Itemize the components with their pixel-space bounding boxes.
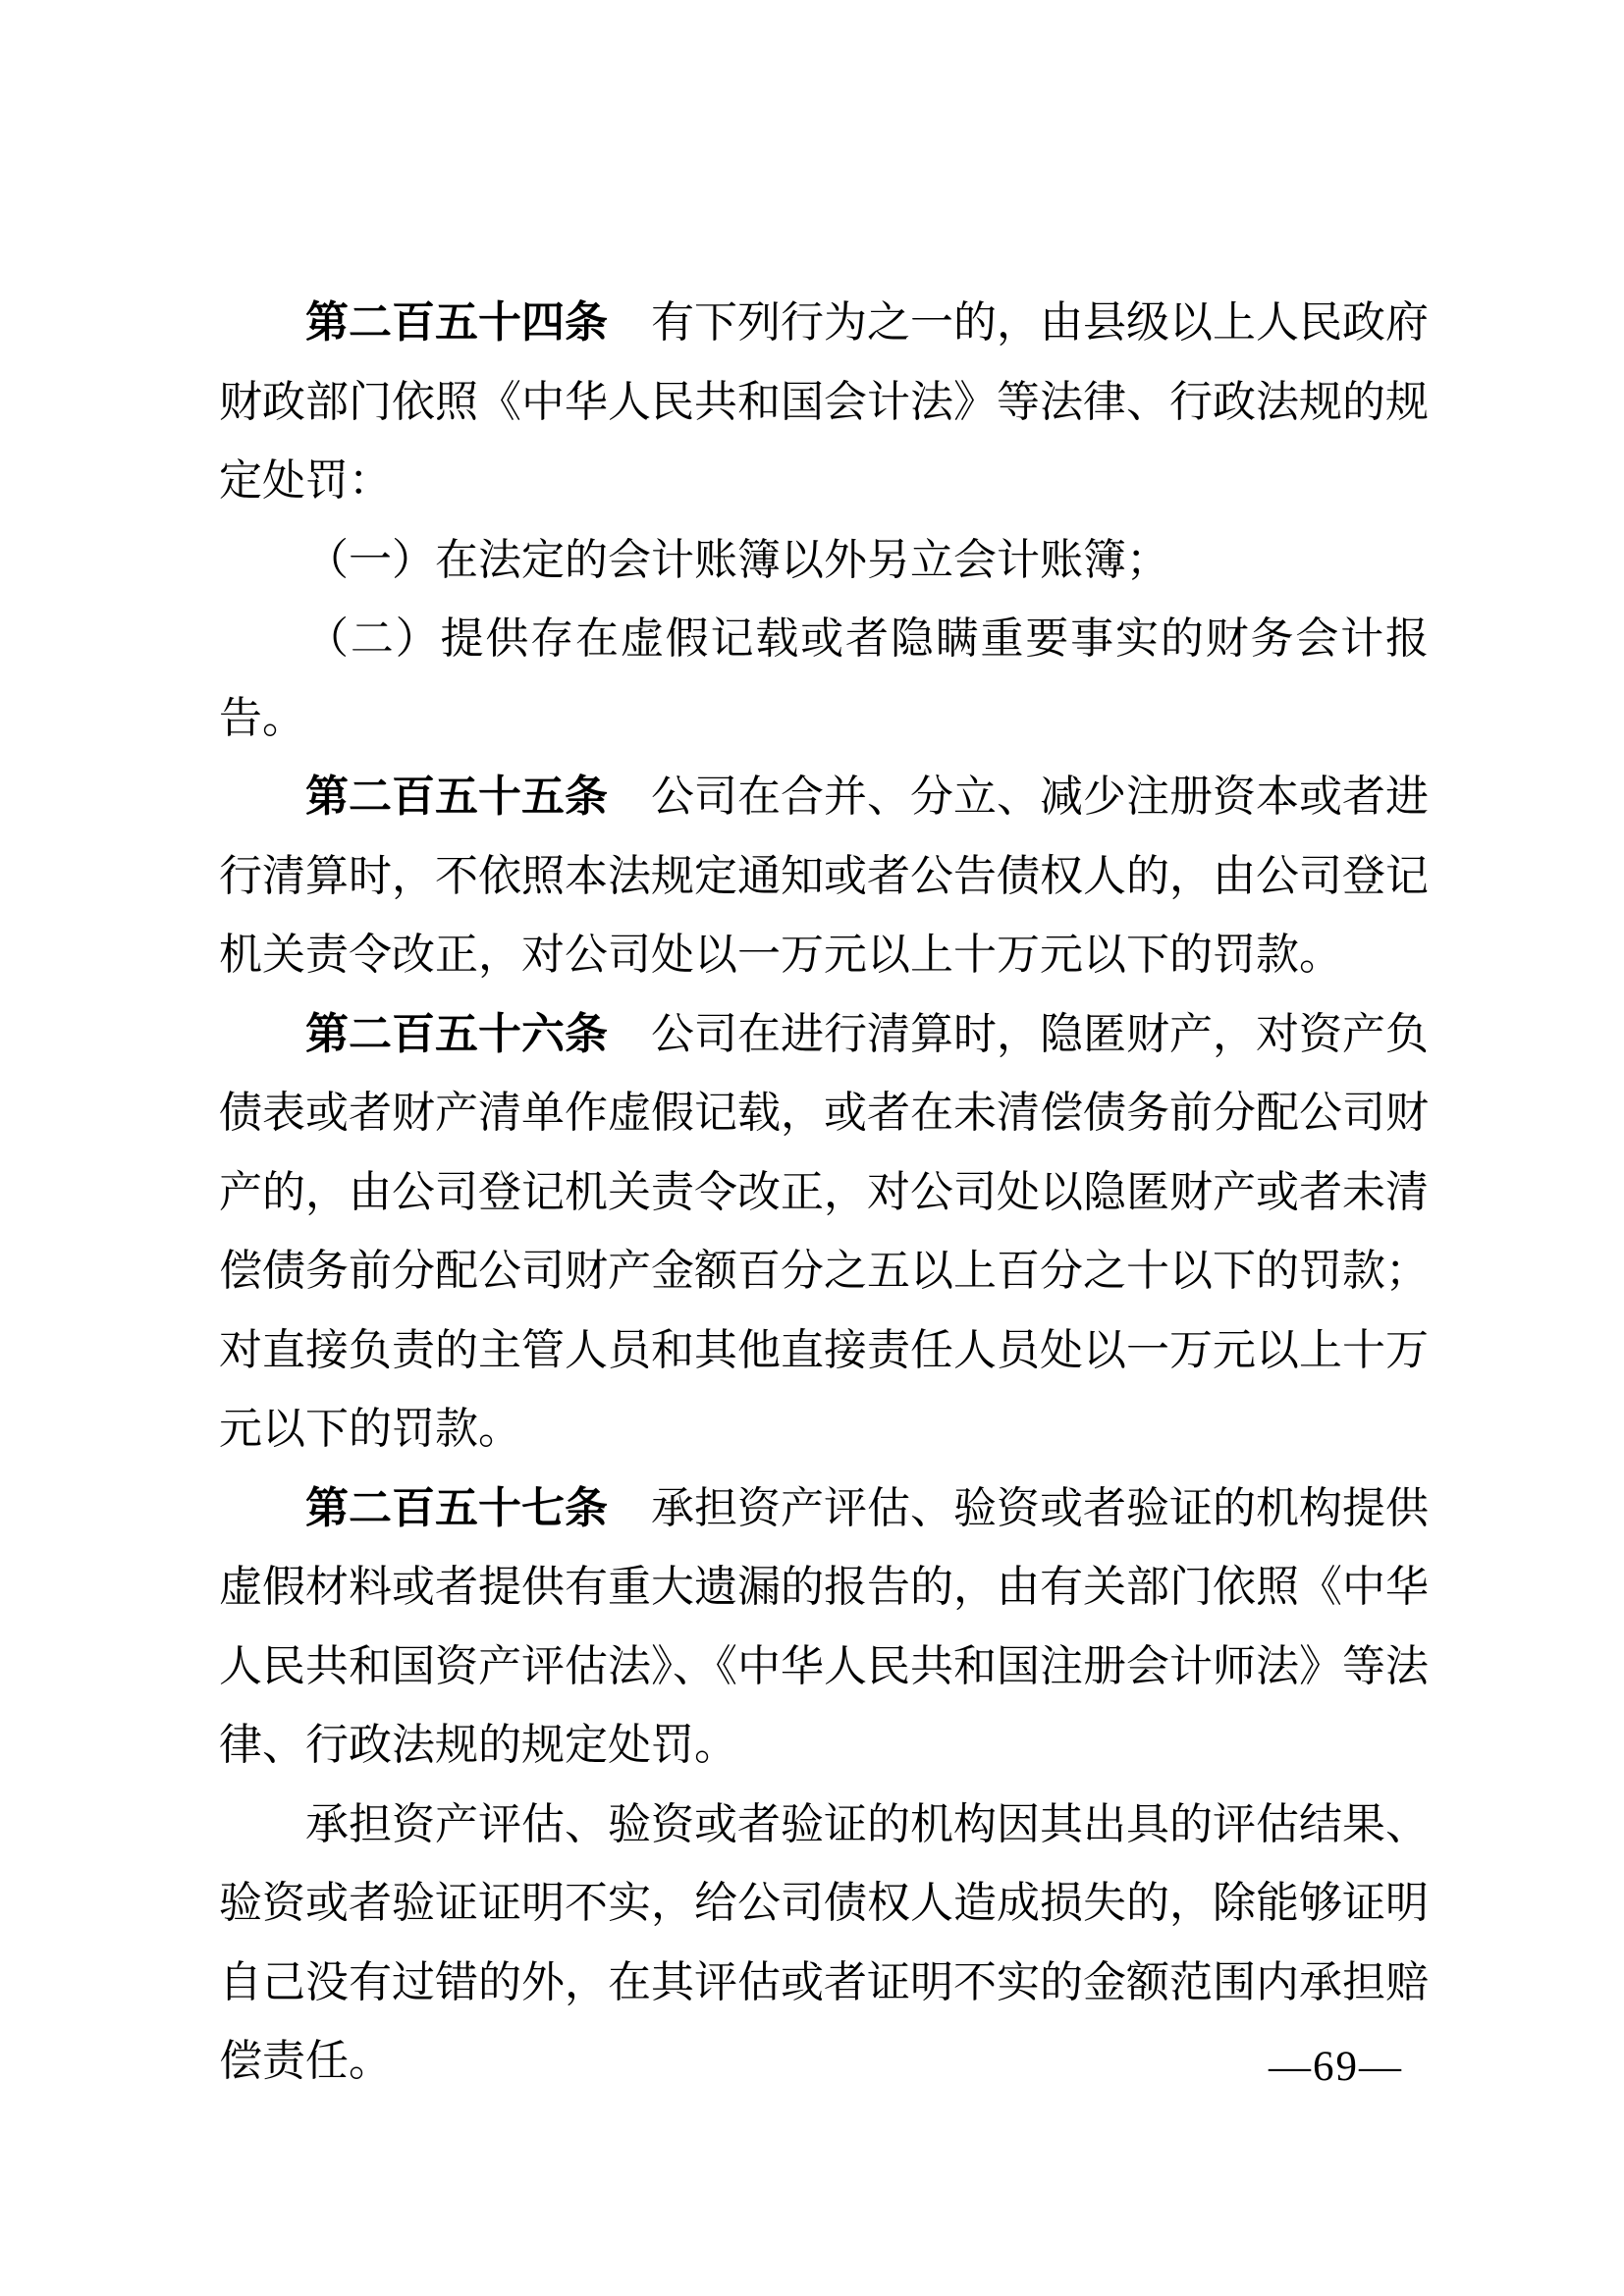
paragraph-item-1: （一）在法定的会计账簿以外另立会计账簿；: [219, 521, 1429, 601]
paragraph-article-255: 第二百五十五条公司在合并、分立、减少注册资本或者进行清算时，不依照本法规定通知或…: [219, 758, 1429, 995]
item-2-text: （二）提供存在虚假记载或者隐瞒重要事实的财务会计报告。: [219, 614, 1429, 742]
paragraph-article-257-clause-2: 承担资产评估、验资或者验证的机构因其出具的评估结果、验资或者验证证明不实，给公司…: [219, 1786, 1429, 2102]
article-255-number: 第二百五十五条: [305, 773, 608, 821]
paragraph-article-256: 第二百五十六条公司在进行清算时，隐匿财产，对资产负债表或者财产清单作虚假记载，或…: [219, 995, 1429, 1469]
item-1-text: （一）在法定的会计账簿以外另立会计账簿；: [305, 536, 1169, 584]
paragraph-article-254: 第二百五十四条有下列行为之一的，由县级以上人民政府财政部门依照《中华人民共和国会…: [219, 284, 1429, 521]
article-257-clause-2-text: 承担资产评估、验资或者验证的机构因其出具的评估结果、验资或者验证证明不实，给公司…: [219, 1800, 1429, 2086]
article-256-text: 公司在进行清算时，隐匿财产，对资产负债表或者财产清单作虚假记载，或者在未清偿债务…: [219, 1010, 1429, 1454]
page-number: —69—: [1269, 2046, 1403, 2088]
document-body: 第二百五十四条有下列行为之一的，由县级以上人民政府财政部门依照《中华人民共和国会…: [219, 284, 1429, 2102]
article-256-number: 第二百五十六条: [305, 1010, 608, 1058]
document-page: 第二百五十四条有下列行为之一的，由县级以上人民政府财政部门依照《中华人民共和国会…: [0, 0, 1624, 2296]
paragraph-item-2: （二）提供存在虚假记载或者隐瞒重要事实的财务会计报告。: [219, 600, 1429, 758]
article-254-number: 第二百五十四条: [305, 298, 608, 347]
paragraph-article-257: 第二百五十七条承担资产评估、验资或者验证的机构提供虚假材料或者提供有重大遗漏的报…: [219, 1469, 1429, 1786]
article-257-number: 第二百五十七条: [305, 1484, 608, 1532]
